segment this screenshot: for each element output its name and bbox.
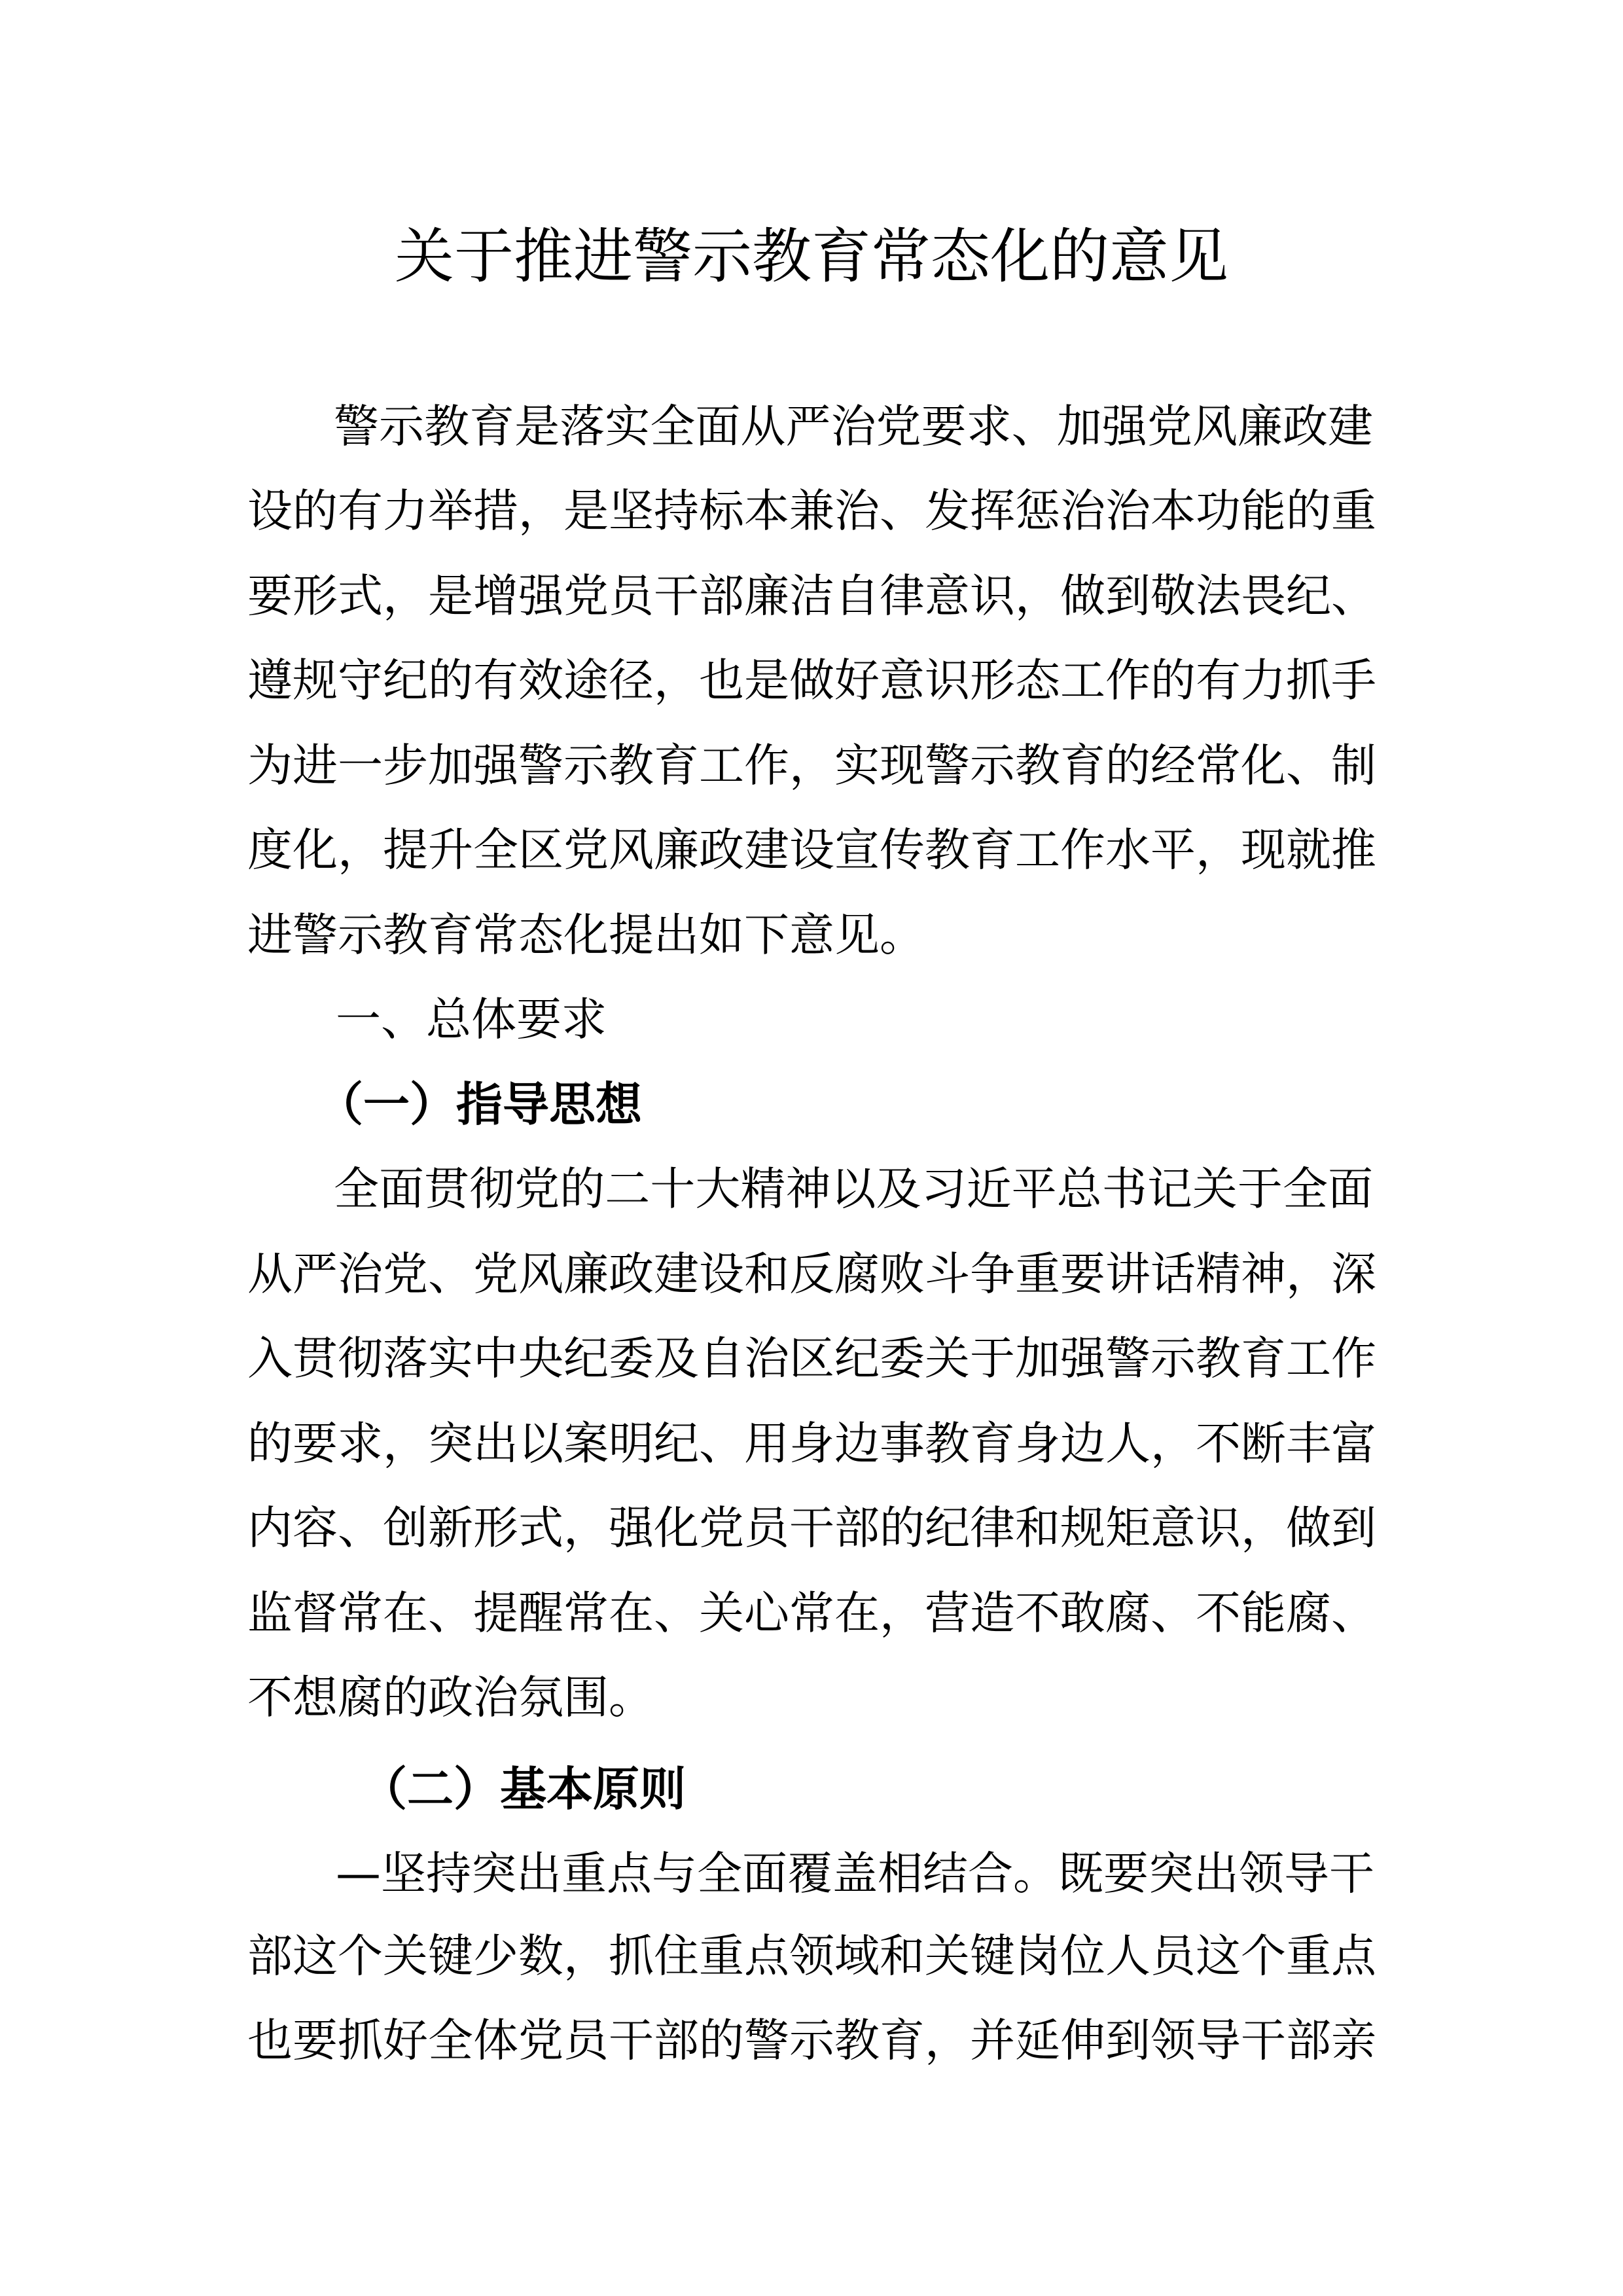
paragraph-1-line-7: 进警示教育常态化提出如下意见。 [247,893,1373,978]
paragraph-2-line-4: 的要求，突出以案明纪、用身边事教育身边人，不断丰富 [247,1401,1373,1486]
section-1-heading: 一、总体要求 [247,977,607,1062]
paragraph-1-line-6: 度化，提升全区党风廉政建设宣传教育工作水平，现就推 [247,808,1373,893]
document-title: 关于推进警示教育常态化的意见 [0,221,1623,293]
paragraph-3-line-2: 部这个关键少数，抓住重点领域和关键岗位人员这个重点 [247,1914,1373,1999]
subsection-1-heading: （一）指导思想 [247,1062,642,1147]
paragraph-2-line-7: 不想腐的政治氛围。 [247,1655,1373,1740]
paragraph-3-line-1: —坚持突出重点与全面覆盖相结合。既要突出领导干 [247,1831,1373,1916]
paragraph-2-line-1: 全面贯彻党的二十大精神以及习近平总书记关于全面 [247,1147,1373,1232]
paragraph-1-line-4: 遵规守纪的有效途径，也是做好意识形态工作的有力抓手 [247,638,1373,723]
paragraph-1-line-1: 警示教育是落实全面从严治党要求、加强党风廉政建 [247,384,1373,469]
paragraph-2-line-3: 入贯彻落实中央纪委及自治区纪委关于加强警示教育工作 [247,1316,1373,1401]
paragraph-1-line-3: 要形式，是增强党员干部廉洁自律意识，做到敬法畏纪、 [247,554,1373,639]
paragraph-2-line-5: 内容、创新形式，强化党员干部的纪律和规矩意识，做到 [247,1486,1373,1571]
paragraph-1-line-2: 设的有力举措，是坚持标本兼治、发挥惩治治本功能的重 [247,469,1373,554]
paragraph-3-line-3: 也要抓好全体党员干部的警示教育，并延伸到领导干部亲 [247,1998,1373,2083]
subsection-2-heading: （二）基本原则 [247,1747,686,1832]
paragraph-1-line-5: 为进一步加强警示教育工作，实现警示教育的经常化、制 [247,723,1373,808]
paragraph-2-line-2: 从严治党、党风廉政建设和反腐败斗争重要讲话精神，深 [247,1232,1373,1317]
paragraph-2-line-6: 监督常在、提醒常在、关心常在，营造不敢腐、不能腐、 [247,1571,1373,1656]
document-page: 关于推进警示教育常态化的意见 警示教育是落实全面从严治党要求、加强党风廉政建 设… [0,0,1623,2296]
